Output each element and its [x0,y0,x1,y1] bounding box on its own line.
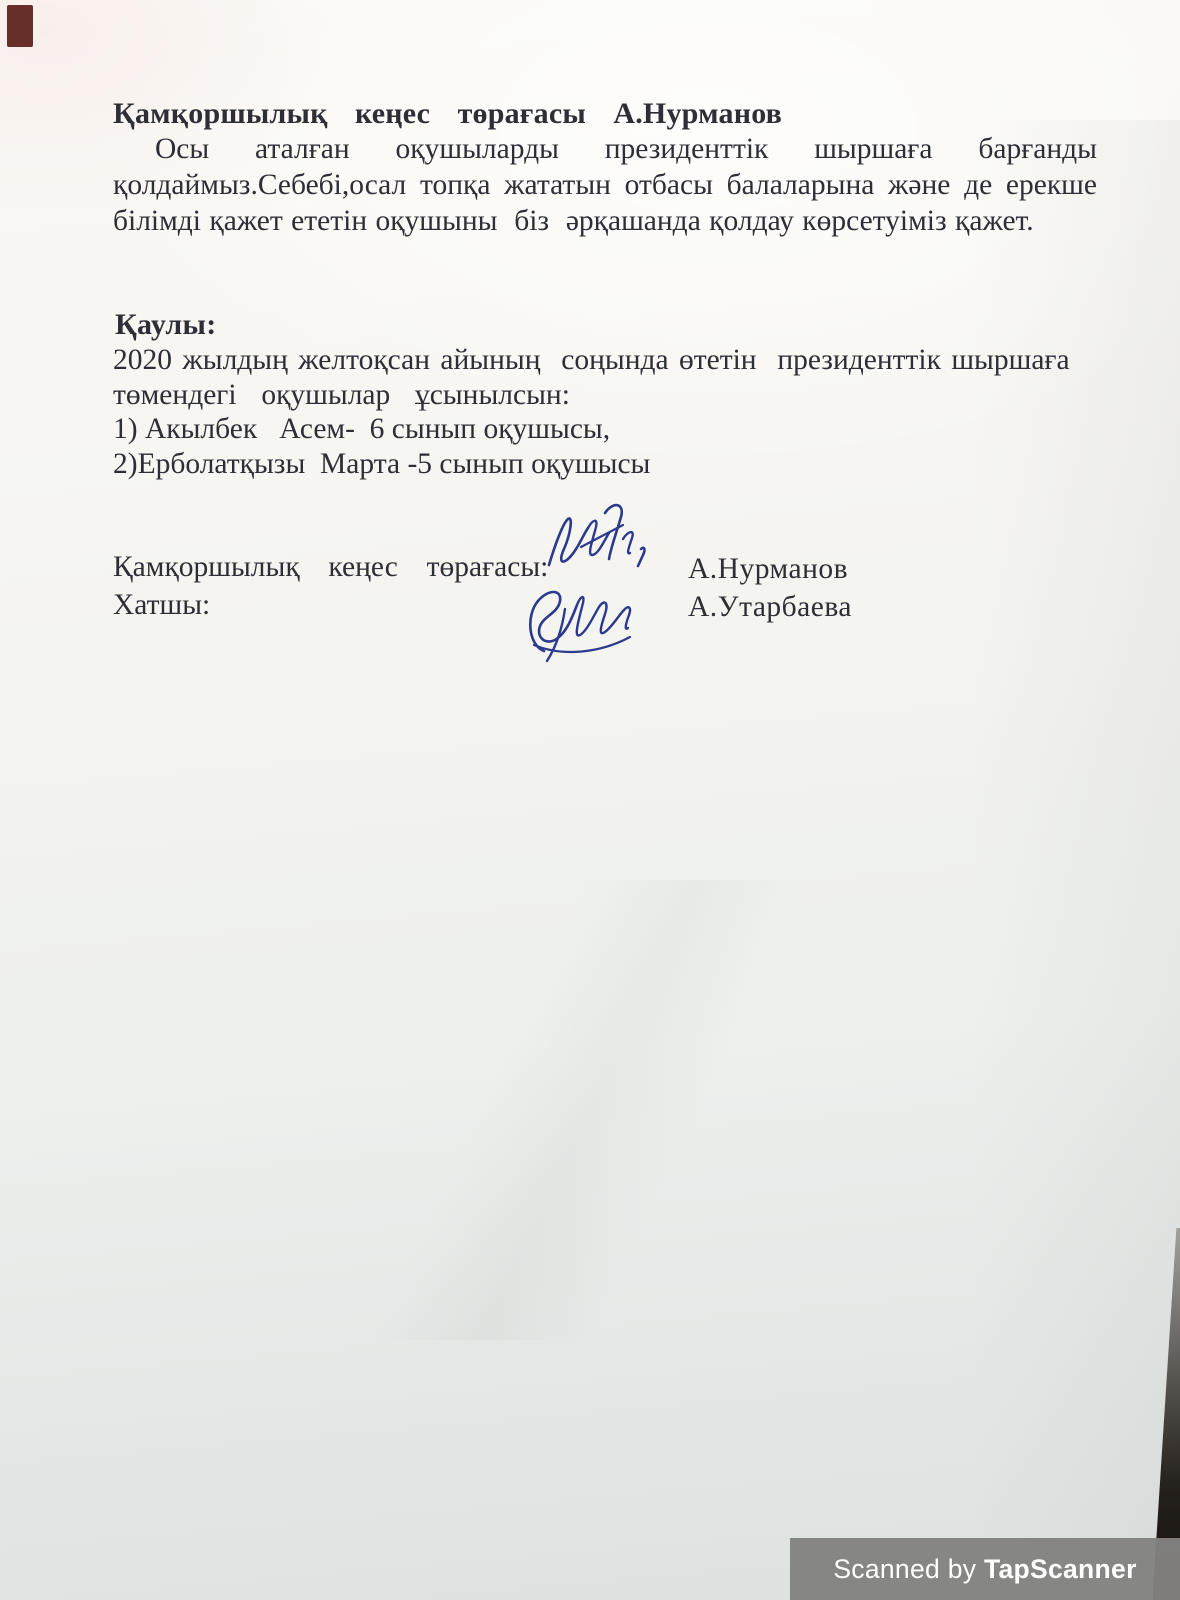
corner-artifact [7,5,33,47]
resolution-line: 2)Ерболатқызы Марта -5 сынып оқушысы [113,447,1113,482]
signer-name: А.Нурманов [688,553,848,586]
main-paragraph: Осы аталған оқушыларды президенттік шырш… [113,131,1097,239]
watermark-bar: Scanned by TapScanner [790,1538,1180,1600]
document-heading: Қамқоршылық кеңес төрағасы А.Нурманов [113,97,1013,131]
resolution-line: 2020 жылдың желтоқсан айының соңында өте… [113,343,1113,378]
resolution-line: төмендегі оқушылар ұсынылсын: [113,378,1113,413]
watermark-prefix: Scanned by [833,1554,984,1585]
watermark-brand: TapScanner [984,1554,1137,1585]
paragraph-line: білімді қажет ететін оқушыны біз әрқашан… [113,203,1097,239]
signer-name: А.Утарбаева [688,591,852,624]
signature-row-secretary: Хатшы: А.Утарбаева [113,589,1103,623]
signature-label: Хатшы: [113,589,210,622]
paper-crease [0,880,1180,1340]
paragraph-line: Осы аталған оқушыларды президенттік шырш… [113,131,1097,167]
scanned-document-page: Қамқоршылық кеңес төрағасы А.Нурманов Ос… [0,0,1180,1600]
signature-row-chairman: Қамқоршылық кеңес төрағасы: А.Нурманов [113,551,1103,585]
paragraph-line: қолдаймыз.Себебі,осал топқа жататын отба… [113,167,1097,203]
resolution-line: 1) Акылбек Асем- 6 сынып оқушысы, [113,412,1113,447]
resolution-block: 2020 жылдың желтоқсан айының соңында өте… [113,343,1113,482]
resolution-heading: Қаулы: [115,308,217,342]
paper-shading [970,120,1180,1540]
signature-label: Қамқоршылық кеңес төрағасы: [113,551,548,584]
